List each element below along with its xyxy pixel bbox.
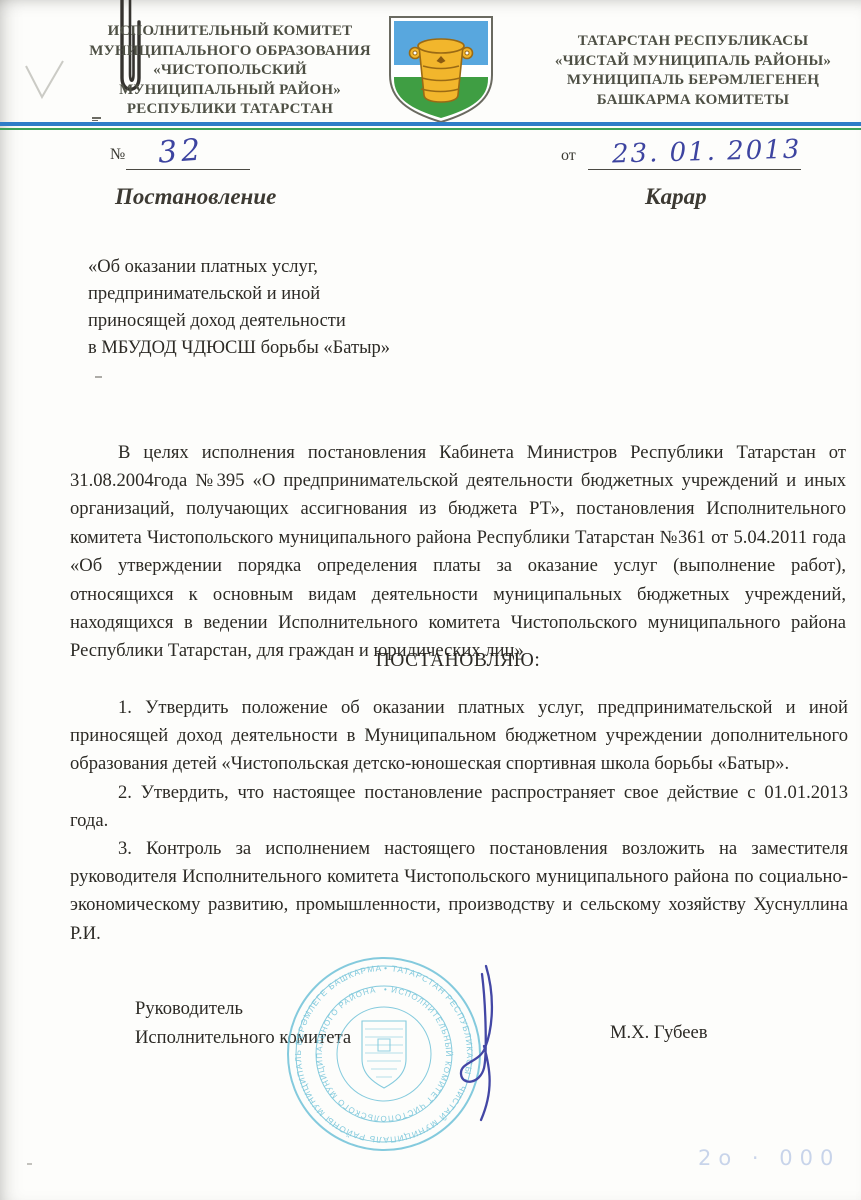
scan-smudge	[92, 120, 98, 121]
resolution-item-2: 2. Утвердить, что настоящее постановлени…	[70, 779, 848, 835]
org-line: РЕСПУБЛИКИ ТАТАРСТАН	[80, 100, 380, 120]
number-label: №	[110, 146, 125, 164]
org-line: ТАТАРСТАН РЕСПУБЛИКАСЫ	[545, 32, 841, 52]
date-label: от	[561, 147, 576, 165]
subject-line: предпринимательской и иной	[88, 281, 518, 308]
resolution-item-3: 3. Контроль за исполнением настоящего по…	[70, 835, 848, 948]
document-number-handwritten: 32	[157, 132, 206, 170]
org-name-tatar: ТАТАРСТАН РЕСПУБЛИКАСЫ «ЧИСТАЙ МУНИЦИПАЛ…	[545, 32, 841, 110]
org-line: МУНИЦИПАЛЬ БЕРӘМЛЕГЕНЕҢ	[545, 71, 841, 91]
resolution-item-1: 1. Утвердить положение об оказании платн…	[70, 694, 848, 779]
org-line: БАШКАРМА КОМИТЕТЫ	[545, 91, 841, 111]
svg-text:• ИСПОЛНИТЕЛЬНЫЙ КОМИТЕТ ЧИСТО: • ИСПОЛНИТЕЛЬНЫЙ КОМИТЕТ ЧИСТОПОЛЬСКОГО …	[315, 985, 453, 1123]
stamp-inner-ring-text: • ИСПОЛНИТЕЛЬНЫЙ КОМИТЕТ ЧИСТОПОЛЬСКОГО …	[315, 985, 453, 1123]
org-line: ИСПОЛНИТЕЛЬНЫЙ КОМИТЕТ	[80, 22, 380, 42]
doc-type-russian: Постановление	[115, 184, 276, 210]
pencil-check-mark	[22, 57, 68, 102]
scan-smudge	[27, 1163, 32, 1165]
org-line: МУНИЦИПАЛЬНОГО ОБРАЗОВАНИЯ	[80, 42, 380, 62]
subject-line: «Об оказании платных услуг,	[88, 254, 518, 281]
divider-green-stripe	[0, 128, 861, 131]
org-line: МУНИЦИПАЛЬНЫЙ РАЙОН»	[80, 81, 380, 101]
signer-name: М.Х. Губеев	[610, 1022, 708, 1044]
org-line: «ЧИСТОПОЛЬСКИЙ	[80, 61, 380, 81]
chistopol-coat-of-arms-icon	[386, 13, 496, 125]
stamp-center-shield	[362, 1021, 406, 1088]
doc-type-tatar: Карар	[645, 184, 707, 210]
resolution-items: 1. Утвердить положение об оказании платн…	[70, 694, 848, 948]
scan-smudge	[92, 117, 101, 119]
letterhead-divider	[0, 122, 861, 130]
org-name-russian: ИСПОЛНИТЕЛЬНЫЙ КОМИТЕТ МУНИЦИПАЛЬНОГО ОБ…	[80, 22, 380, 120]
document-date-handwritten: 23. 01. 2013	[612, 135, 802, 170]
subject-line: приносящей доход деятельности	[88, 308, 518, 335]
handwritten-signature	[452, 962, 537, 1127]
preamble-paragraph: В целях исполнения постановления Кабинет…	[70, 439, 846, 666]
org-line: «ЧИСТАЙ МУНИЦИПАЛЬ РАЙОНЫ»	[545, 52, 841, 72]
scanned-document-page: ИСПОЛНИТЕЛЬНЫЙ КОМИТЕТ МУНИЦИПАЛЬНОГО ОБ…	[0, 0, 861, 1200]
document-subject: «Об оказании платных услуг, предпринимат…	[88, 254, 518, 362]
faint-corner-numbering: 2о · 000	[698, 1146, 840, 1170]
number-underline	[126, 169, 250, 170]
subject-line: в МБУДОД ЧДЮСШ борьбы «Батыр»	[88, 335, 518, 362]
resolve-word: ПОСТАНОВЛЯЮ:	[70, 650, 846, 672]
scan-smudge	[95, 376, 102, 378]
